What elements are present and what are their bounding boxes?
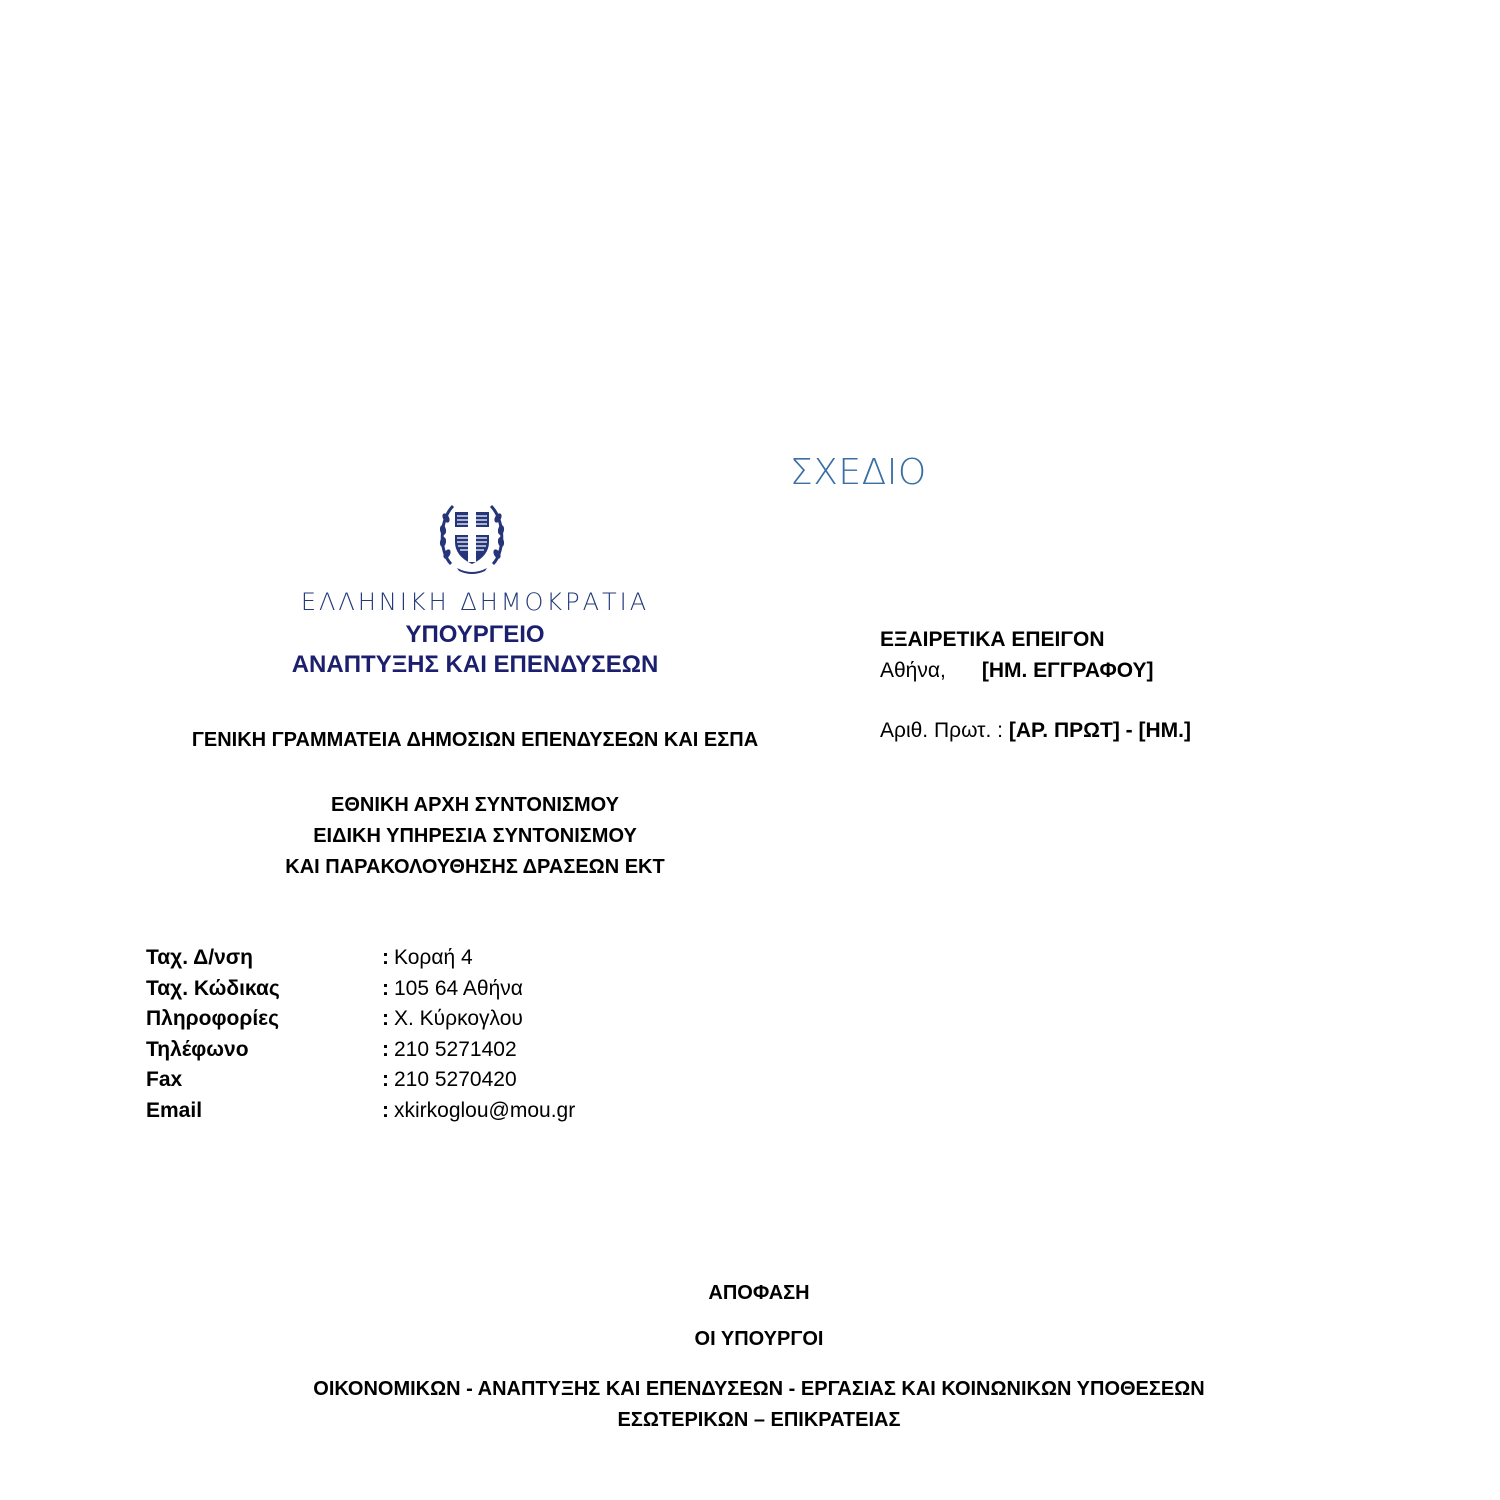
contact-row-fax: Fax : 210 5270420 bbox=[146, 1065, 575, 1096]
contact-separator: : bbox=[382, 1035, 389, 1066]
contact-value: Χ. Κύρκογλου bbox=[394, 1004, 523, 1035]
republic-title: ΕΛΛΗΝΙΚΗ ΔΗΜΟΚΡΑΤΙΑ bbox=[200, 588, 750, 616]
ministries-line: ΕΣΩΤΕΡΙΚΩΝ – ΕΠΙΚΡΑΤΕΙΑΣ bbox=[200, 1405, 1318, 1436]
contact-row-address: Ταχ. Δ/νση : Κοραή 4 bbox=[146, 943, 575, 974]
place-label: Αθήνα, bbox=[880, 659, 946, 682]
contact-label: Τηλέφωνο bbox=[146, 1035, 382, 1066]
authority-block: ΕΘΝΙΚΗ ΑΡΧΗ ΣΥΝΤΟΝΙΣΜΟΥ ΕΙΔΙΚΗ ΥΠΗΡΕΣΙΑ … bbox=[130, 790, 820, 883]
greek-coat-of-arms-icon bbox=[437, 498, 507, 574]
contact-label: Πληροφορίες bbox=[146, 1004, 382, 1035]
contact-row-info: Πληροφορίες : Χ. Κύρκογλου bbox=[146, 1004, 575, 1035]
protocol-placeholder: [ΑΡ. ΠΡΩΤ] - [ΗΜ.] bbox=[1009, 719, 1191, 742]
authority-line: ΕΘΝΙΚΗ ΑΡΧΗ ΣΥΝΤΟΝΙΣΜΟΥ bbox=[130, 790, 820, 821]
contact-label: Ταχ. Κώδικας bbox=[146, 974, 382, 1005]
general-secretariat: ΓΕΝΙΚΗ ΓΡΑΜΜΑΤΕΙΑ ΔΗΜΟΣΙΩΝ ΕΠΕΝΔΥΣΕΩΝ ΚΑ… bbox=[130, 729, 820, 752]
date-line: Αθήνα,[ΗΜ. ΕΓΓΡΑΦΟΥ] bbox=[880, 655, 1191, 686]
authority-line: ΚΑΙ ΠΑΡΑΚΟΛΟΥΘΗΣΗΣ ΔΡΑΣΕΩΝ ΕΚΤ bbox=[130, 852, 820, 883]
authority-line: ΕΙΔΙΚΗ ΥΠΗΡΕΣΙΑ ΣΥΝΤΟΝΙΣΜΟΥ bbox=[130, 821, 820, 852]
decision-ministers: ΟΙ ΥΠΟΥΡΓΟΙ bbox=[200, 1328, 1318, 1351]
contact-label: Email bbox=[146, 1096, 382, 1127]
contact-value: 210 5271402 bbox=[394, 1035, 517, 1066]
ministry-title-line2: ΑΝΑΠΤΥΞΗΣ ΚΑΙ ΕΠΕΝΔΥΣΕΩΝ bbox=[200, 651, 750, 679]
contact-label: Fax bbox=[146, 1065, 382, 1096]
contact-row-email: Email : xkirkoglou@mou.gr bbox=[146, 1096, 575, 1127]
contact-label: Ταχ. Δ/νση bbox=[146, 943, 382, 974]
contact-value: 105 64 Αθήνα bbox=[394, 974, 523, 1005]
contact-separator: : bbox=[382, 1065, 389, 1096]
date-placeholder: [ΗΜ. ΕΓΓΡΑΦΟΥ] bbox=[982, 659, 1154, 682]
contact-row-postcode: Ταχ. Κώδικας : 105 64 Αθήνα bbox=[146, 974, 575, 1005]
contact-value: Κοραή 4 bbox=[394, 943, 473, 974]
contact-row-phone: Τηλέφωνο : 210 5271402 bbox=[146, 1035, 575, 1066]
ministries-line: ΟΙΚΟΝΟΜΙΚΩΝ - ΑΝΑΠΤΥΞΗΣ ΚΑΙ ΕΠΕΝΔΥΣΕΩΝ -… bbox=[200, 1374, 1318, 1405]
contact-details: Ταχ. Δ/νση : Κοραή 4 Ταχ. Κώδικας : 105 … bbox=[146, 943, 575, 1127]
decision-title: ΑΠΟΦΑΣΗ bbox=[200, 1282, 1318, 1305]
decision-ministries: ΟΙΚΟΝΟΜΙΚΩΝ - ΑΝΑΠΤΥΞΗΣ ΚΑΙ ΕΠΕΝΔΥΣΕΩΝ -… bbox=[200, 1374, 1318, 1436]
contact-value-email: xkirkoglou@mou.gr bbox=[394, 1096, 575, 1127]
urgency-label: ΕΞΑΙΡΕΤΙΚΑ ΕΠΕΙΓΟΝ bbox=[880, 624, 1191, 655]
contact-separator: : bbox=[382, 1004, 389, 1035]
draft-watermark-label: ΣΧΕΔΙΟ bbox=[790, 452, 927, 493]
contact-value: 210 5270420 bbox=[394, 1065, 517, 1096]
contact-separator: : bbox=[382, 1096, 389, 1127]
ministry-title-line1: ΥΠΟΥΡΓΕΙΟ bbox=[200, 621, 750, 649]
document-meta: ΕΞΑΙΡΕΤΙΚΑ ΕΠΕΙΓΟΝ Αθήνα,[ΗΜ. ΕΓΓΡΑΦΟΥ] … bbox=[880, 624, 1191, 746]
contact-separator: : bbox=[382, 974, 389, 1005]
protocol-label: Αριθ. Πρωτ. : bbox=[880, 719, 1003, 742]
protocol-line: Αριθ. Πρωτ. : [ΑΡ. ΠΡΩΤ] - [ΗΜ.] bbox=[880, 715, 1191, 746]
contact-separator: : bbox=[382, 943, 389, 974]
